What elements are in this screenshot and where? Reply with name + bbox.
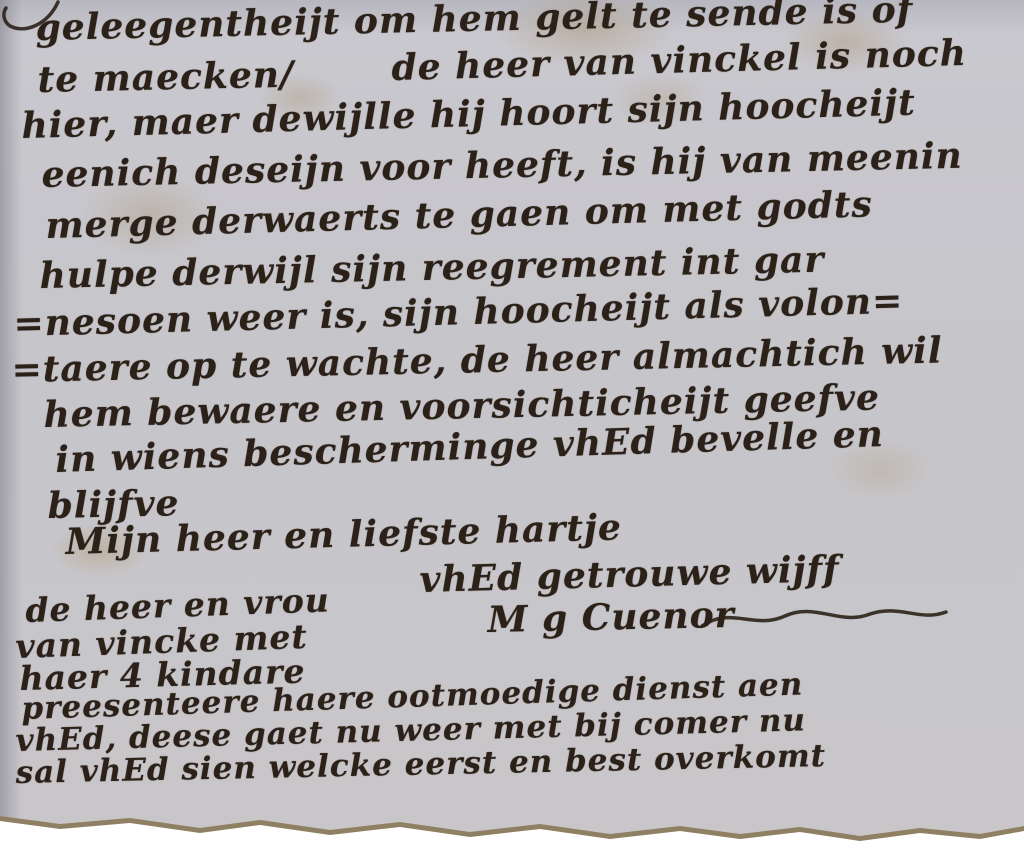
body-line-1: te maecken/ bbox=[37, 57, 294, 98]
signature-flourish bbox=[700, 596, 950, 640]
page: geleegentheijt om hem gelt te sende is o… bbox=[0, 0, 1024, 849]
signature-line: M g Cuenor bbox=[487, 597, 735, 638]
closing-line: vhEd getrouwe wijff bbox=[419, 551, 840, 598]
